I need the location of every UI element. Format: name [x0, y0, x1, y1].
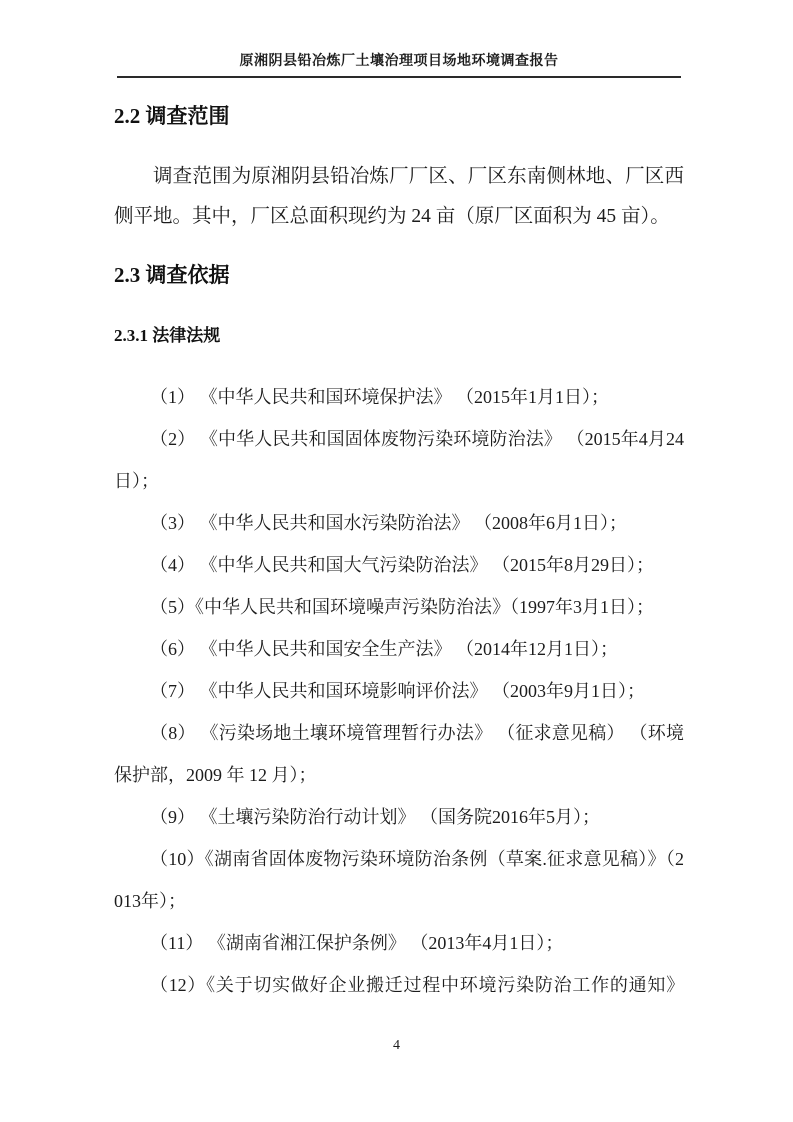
- page-header: 原湘阴县铅冶炼厂土壤治理项目场地环境调查报告: [117, 50, 681, 78]
- law-list: （1） 《中华人民共和国环境保护法》 （2015年1月1日）； （2） 《中华人…: [114, 376, 684, 1006]
- document-page: 原湘阴县铅冶炼厂土壤治理项目场地环境调查报告 2.2 调查范围 调查范围为原湘阴…: [0, 0, 793, 1122]
- law-item-9: （9） 《土壤污染防治行动计划》 （国务院2016年5月）；: [114, 796, 684, 838]
- page-footer: 4: [0, 1036, 793, 1054]
- law-item-11: （11） 《湖南省湘江保护条例》 （2013年4月1日）；: [114, 922, 684, 964]
- law-item-8: （8） 《污染场地土壤环境管理暂行办法》 （征求意见稿） （环境保护部，2009…: [114, 712, 684, 796]
- law-item-7: （7） 《中华人民共和国环境影响评价法》 （2003年9月1日）；: [114, 670, 684, 712]
- page-number: 4: [393, 1038, 400, 1053]
- law-item-3: （3） 《中华人民共和国水污染防治法》 （2008年6月1日）；: [114, 502, 684, 544]
- law-item-2: （2） 《中华人民共和国固体废物污染环境防治法》 （2015年4月24日）；: [114, 418, 684, 502]
- law-item-10: （10）《湖南省固体废物污染环境防治条例（草案.征求意见稿）》（2013年）；: [114, 838, 684, 922]
- law-item-1: （1） 《中华人民共和国环境保护法》 （2015年1月1日）；: [114, 376, 684, 418]
- running-header-title: 原湘阴县铅冶炼厂土壤治理项目场地环境调查报告: [117, 50, 681, 70]
- law-item-6: （6） 《中华人民共和国安全生产法》 （2014年12月1日）；: [114, 628, 684, 670]
- law-item-12: （12）《关于切实做好企业搬迁过程中环境污染防治工作的通知》: [114, 964, 684, 1006]
- section-2-2-paragraph: 调查范围为原湘阴县铅冶炼厂厂区、厂区东南侧林地、厂区西侧平地。其中，厂区总面积现…: [114, 157, 684, 237]
- law-item-5: （5）《中华人民共和国环境噪声污染防治法》（1997年3月1日）；: [114, 586, 684, 628]
- section-2-3-heading: 2.3 调查依据: [114, 262, 684, 288]
- section-2-3-1-heading: 2.3.1 法律法规: [114, 325, 684, 346]
- page-body: 2.2 调查范围 调查范围为原湘阴县铅冶炼厂厂区、厂区东南侧林地、厂区西侧平地。…: [114, 103, 684, 1006]
- law-item-4: （4） 《中华人民共和国大气污染防治法》 （2015年8月29日）；: [114, 544, 684, 586]
- section-2-2-heading: 2.2 调查范围: [114, 103, 684, 129]
